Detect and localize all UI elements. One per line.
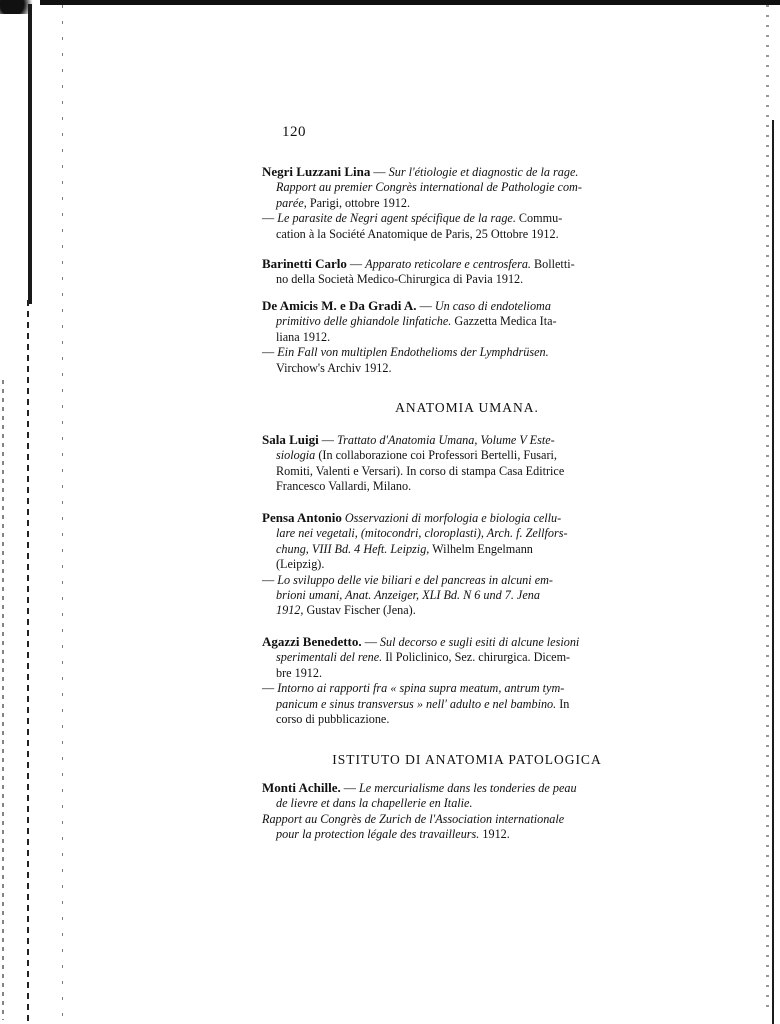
entry-line: — Intorno ai rapporti fra « spina supra … [262, 681, 658, 696]
entry-line: sperimentali del rene. Il Policlinico, S… [262, 650, 658, 665]
entry-author: Negri Luzzani Lina [262, 164, 370, 179]
scan-page-edge-left [62, 5, 63, 1024]
entry-line: Pensa Antonio Osservazioni di morfologia… [262, 510, 658, 526]
entry-line: Sala Luigi — Trattato d'Anatomia Umana, … [262, 432, 658, 448]
entry-line: de lievre et dans la chapellerie en Ital… [262, 796, 658, 811]
entry-title: sperimentali del rene. [276, 650, 382, 664]
entry-title: 1912 [276, 603, 300, 617]
entry-line: (Leipzig). [262, 557, 658, 572]
entry-author: Monti Achille. [262, 780, 341, 795]
entry-line: brioni umani, Anat. Anzeiger, XLI Bd. N … [262, 588, 658, 603]
entry-title: primitivo delle ghiandole linfatiche. [276, 314, 451, 328]
entry-line: — Ein Fall von multiplen Endothelioms de… [262, 345, 658, 360]
entry-line: Romiti, Valenti e Versari). In corso di … [262, 464, 658, 479]
entry-title: Un caso di endotelioma [435, 299, 551, 313]
entry-line: — Le parasite de Negri agent spécifique … [262, 211, 658, 226]
entry-line: Rapport au premier Congrès international… [262, 180, 658, 195]
entry-citation: 1912. [479, 827, 509, 841]
entry-line: parée, Parigi, ottobre 1912. [262, 196, 658, 211]
entry-title: brioni umani, Anat. Anzeiger, XLI Bd. N … [276, 588, 540, 602]
section-heading-istituto-anatomia-patologica: ISTITUTO DI ANATOMIA PATOLOGICA [262, 752, 672, 768]
entry-citation: (In collaborazione coi Professori Bertel… [315, 448, 557, 462]
entry-citation: , Parigi, ottobre 1912. [304, 196, 410, 210]
entry-title: siologia [276, 448, 315, 462]
entry-line: lare nei vegetali, (mitocondri, cloropla… [262, 526, 658, 541]
entry-line: Virchow's Archiv 1912. [262, 361, 658, 376]
entry-line: 1912, Gustav Fischer (Jena). [262, 603, 658, 618]
entry-title: de lievre et dans la chapellerie en Ital… [276, 796, 473, 810]
entry-citation: , Wilhelm Engelmann [426, 542, 533, 556]
entry-title: Trattato d'Anatomia Umana, Volume V Este… [337, 433, 555, 447]
entry-line: Barinetti Carlo — Apparato reticolare e … [262, 256, 658, 272]
entry-line: Agazzi Benedetto. — Sul decorso e sugli … [262, 634, 658, 650]
section-heading-anatomia-umana: ANATOMIA UMANA. [262, 400, 672, 416]
entry-citation: bre 1912. [276, 666, 322, 680]
entry-line: Francesco Vallardi, Milano. [262, 479, 658, 494]
entry-line: panicum e sinus transversus » nell' adul… [262, 697, 658, 712]
entry-author: De Amicis M. e Da Gradi A. [262, 298, 417, 313]
scan-outer-edge-left [2, 380, 4, 1020]
entry-line: no della Società Medico-Chirurgica di Pa… [262, 272, 658, 287]
entry-citation: Commu- [516, 211, 562, 225]
entry-line: primitivo delle ghiandole linfatiche. Ga… [262, 314, 658, 329]
bibliography-entry: Sala Luigi — Trattato d'Anatomia Umana, … [262, 432, 658, 495]
entry-citation: Bolletti- [531, 257, 575, 271]
scan-page-edge-right [772, 120, 774, 1024]
entry-citation: Virchow's Archiv 1912. [276, 361, 392, 375]
entry-author: Pensa Antonio [262, 510, 342, 525]
entry-title: pour la protection légale des travailleu… [276, 827, 479, 841]
entry-author: Barinetti Carlo [262, 256, 347, 271]
entry-title: chung, VIII Bd. 4 Heft. Leipzig [276, 542, 426, 556]
entry-citation: cation à la Société Anatomique de Paris,… [276, 227, 559, 241]
entry-line: De Amicis M. e Da Gradi A. — Un caso di … [262, 298, 658, 314]
bibliography-entry: Barinetti Carlo — Apparato reticolare e … [262, 256, 658, 288]
entry-title: Sur l'étiologie et diagnostic de la rage… [389, 165, 579, 179]
entry-line: liana 1912. [262, 330, 658, 345]
entry-title: Rapport au Congrès de Zurich de l'Associ… [262, 812, 564, 826]
bibliography-entry: De Amicis M. e Da Gradi A. — Un caso di … [262, 298, 658, 376]
bibliography-entry: Negri Luzzani Lina — Sur l'étiologie et … [262, 164, 658, 242]
entry-title: Ein Fall von multiplen Endothelioms der … [277, 345, 548, 359]
entry-citation: liana 1912. [276, 330, 330, 344]
entry-line: — Lo sviluppo delle vie biliari e del pa… [262, 573, 658, 588]
scan-binding-edge-lower [27, 300, 29, 1024]
entry-citation: Gazzetta Medica Ita- [451, 314, 556, 328]
entry-citation: Romiti, Valenti e Versari). In corso di … [276, 464, 564, 478]
entry-title: lare nei vegetali, (mitocondri, cloropla… [276, 526, 568, 540]
entry-line: Negri Luzzani Lina — Sur l'étiologie et … [262, 164, 658, 180]
entry-citation: no della Società Medico-Chirurgica di Pa… [276, 272, 523, 286]
entry-title: panicum e sinus transversus » nell' adul… [276, 697, 556, 711]
entry-line: cation à la Société Anatomique de Paris,… [262, 227, 658, 242]
entry-title: Intorno ai rapporti fra « spina supra me… [277, 681, 564, 695]
bibliography-entry: Agazzi Benedetto. — Sul decorso e sugli … [262, 634, 658, 727]
entry-author: Agazzi Benedetto. [262, 634, 362, 649]
entry-citation: In [556, 697, 569, 711]
entry-title: Lo sviluppo delle vie biliari e del panc… [277, 573, 553, 587]
entry-line: pour la protection légale des travailleu… [262, 827, 658, 842]
entry-line: Monti Achille. — Le mercurialisme dans l… [262, 780, 658, 796]
entry-citation: corso di pubblicazione. [276, 712, 389, 726]
entry-line: Rapport au Congrès de Zurich de l'Associ… [262, 812, 658, 827]
entry-author: Sala Luigi [262, 432, 319, 447]
entry-citation: Francesco Vallardi, Milano. [276, 479, 411, 493]
page-number: 120 [282, 124, 306, 141]
scan-binding-edge [28, 4, 32, 304]
entry-title: parée [276, 196, 304, 210]
scan-top-border [40, 0, 780, 5]
bibliography-entry: Pensa Antonio Osservazioni di morfologia… [262, 510, 658, 619]
entry-title: Sul decorso e sugli esiti di alcune lesi… [380, 635, 579, 649]
scan-corner-artifact [0, 0, 40, 14]
entry-title: Osservazioni di morfologia e biologia ce… [345, 511, 561, 525]
entry-citation: , Gustav Fischer (Jena). [300, 603, 415, 617]
entry-citation: (Leipzig). [276, 557, 324, 571]
scan-noise-right [766, 5, 769, 1015]
entry-title: Rapport au premier Congrès international… [276, 180, 582, 194]
bibliography-entry: Monti Achille. — Le mercurialisme dans l… [262, 780, 658, 843]
entry-title: Apparato reticolare e centrosfera. [365, 257, 531, 271]
entry-title: Le parasite de Negri agent spécifique de… [277, 211, 516, 225]
entry-line: corso di pubblicazione. [262, 712, 658, 727]
entry-line: siologia (In collaborazione coi Professo… [262, 448, 658, 463]
entry-title: Le mercurialisme dans les tonderies de p… [359, 781, 577, 795]
entry-line: bre 1912. [262, 666, 658, 681]
entry-citation: Il Policlinico, Sez. chirurgica. Dicem- [382, 650, 570, 664]
entry-line: chung, VIII Bd. 4 Heft. Leipzig, Wilhelm… [262, 542, 658, 557]
